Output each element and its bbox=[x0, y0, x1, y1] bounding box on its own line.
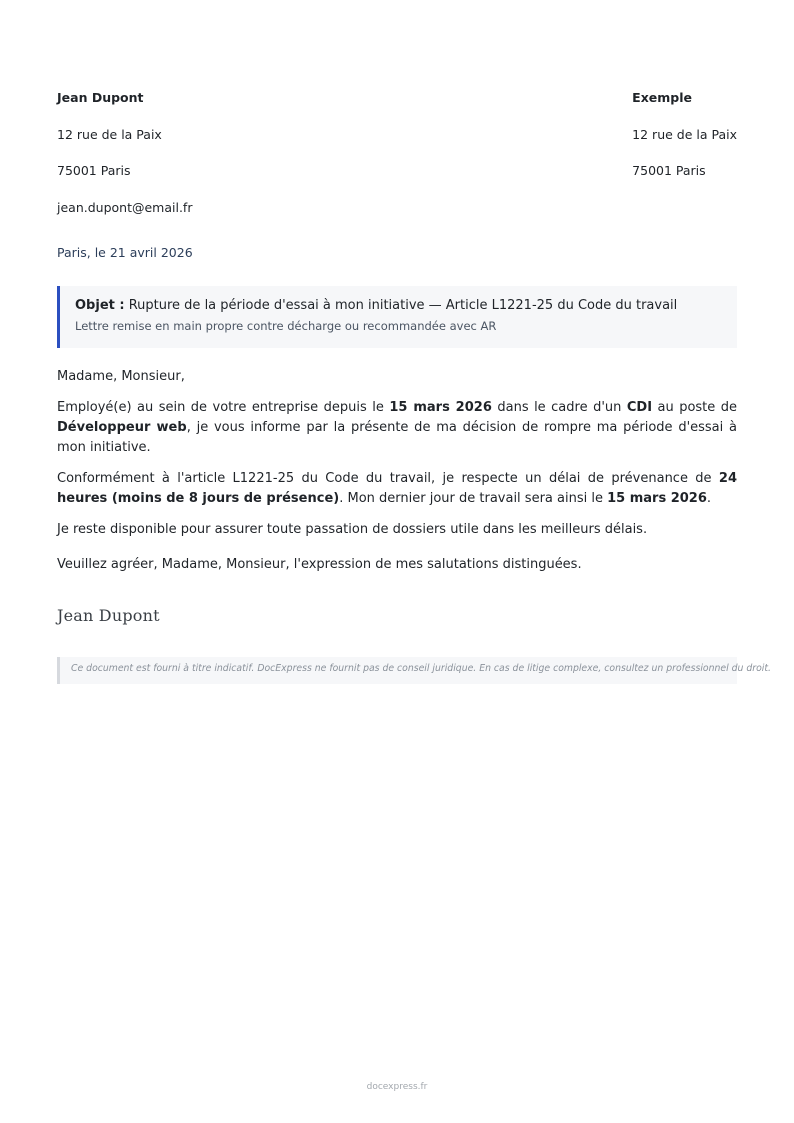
text: Conformément à l'article L1221-25 du Cod… bbox=[57, 471, 719, 486]
recipient-name: Exemple bbox=[632, 90, 737, 106]
text: au poste de bbox=[652, 400, 737, 415]
subject-line: Objet : Rupture de la période d'essai à … bbox=[75, 297, 737, 315]
contract-type: CDI bbox=[627, 400, 652, 415]
subject-subtitle: Lettre remise en main propre contre déch… bbox=[75, 318, 737, 334]
recipient-block: Exemple 12 rue de la Paix 75001 Paris bbox=[632, 90, 737, 200]
subject-text: Rupture de la période d'essai à mon init… bbox=[129, 298, 678, 313]
letter-body: Madame, Monsieur, Employé(e) au sein de … bbox=[57, 367, 737, 551]
subject-label: Objet : bbox=[75, 298, 125, 313]
paragraph-notice: Conformément à l'article L1221-25 du Cod… bbox=[57, 469, 737, 509]
recipient-city: 75001 Paris bbox=[632, 163, 737, 179]
sender-street: 12 rue de la Paix bbox=[57, 127, 192, 143]
job-title: Développeur web bbox=[57, 420, 187, 435]
sender-email: jean.dupont@email.fr bbox=[57, 200, 192, 216]
paragraph-handover: Je reste disponible pour assurer toute p… bbox=[57, 520, 737, 540]
start-date: 15 mars 2026 bbox=[389, 400, 492, 415]
sender-city: 75001 Paris bbox=[57, 163, 192, 179]
sender-block: Jean Dupont 12 rue de la Paix 75001 Pari… bbox=[57, 90, 192, 236]
text: . bbox=[707, 491, 711, 506]
greeting: Madame, Monsieur, bbox=[57, 367, 737, 387]
recipient-street: 12 rue de la Paix bbox=[632, 127, 737, 143]
letter-date: Paris, le 21 avril 2026 bbox=[57, 245, 193, 260]
sender-name: Jean Dupont bbox=[57, 90, 192, 106]
last-day: 15 mars 2026 bbox=[607, 491, 707, 506]
signature: Jean Dupont bbox=[57, 606, 160, 625]
text: dans le cadre d'un bbox=[492, 400, 627, 415]
text: . Mon dernier jour de travail sera ainsi… bbox=[339, 491, 607, 506]
paragraph-employment: Employé(e) au sein de votre entreprise d… bbox=[57, 398, 737, 458]
text: Employé(e) au sein de votre entreprise d… bbox=[57, 400, 389, 415]
footer-site: docexpress.fr bbox=[0, 1082, 794, 1092]
subject-box: Objet : Rupture de la période d'essai à … bbox=[57, 286, 737, 348]
closing-formula: Veuillez agréer, Madame, Monsieur, l'exp… bbox=[57, 555, 582, 575]
disclaimer-note: Ce document est fourni à titre indicatif… bbox=[57, 657, 737, 684]
